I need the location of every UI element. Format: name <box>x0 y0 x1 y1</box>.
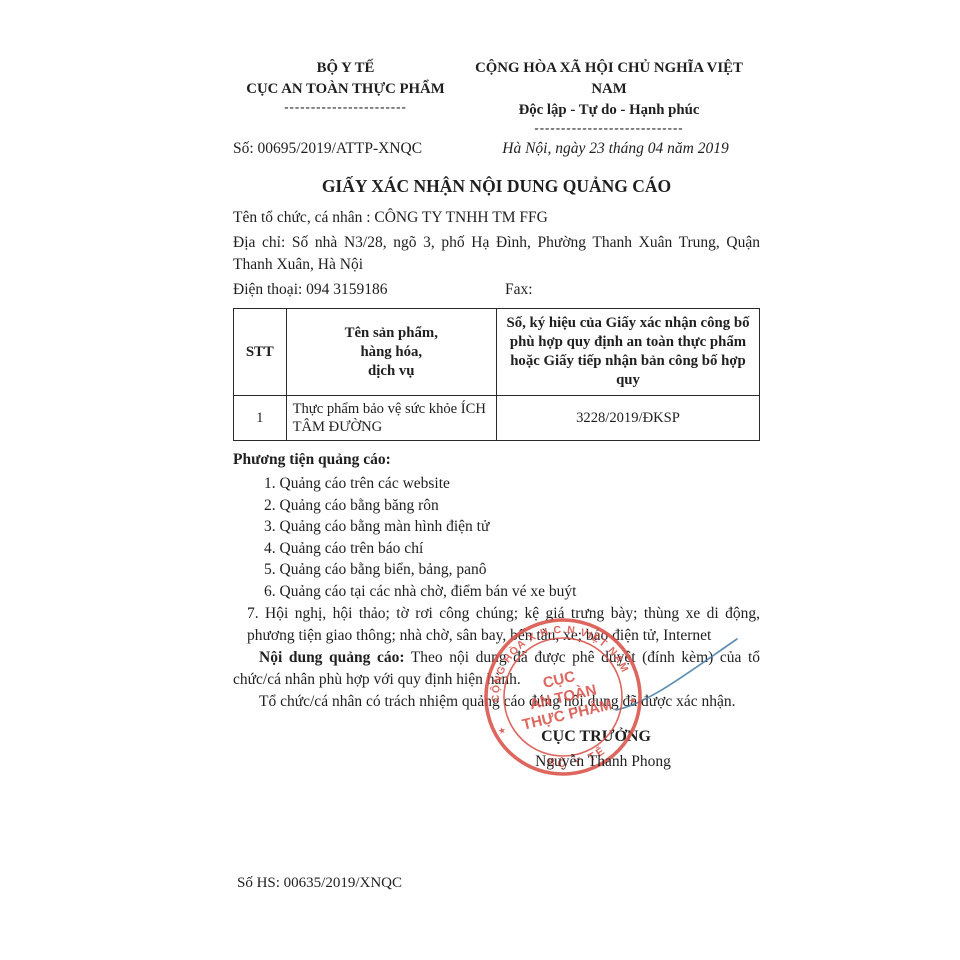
list-item: 5. Quảng cáo bằng biển, bảng, panô <box>264 559 760 581</box>
list-item: 2. Quảng cáo bằng băng rôn <box>264 495 760 517</box>
national-motto-block: CỘNG HÒA XÃ HỘI CHỦ NGHĨA VIỆT NAM Độc l… <box>458 58 760 135</box>
product-table: STT Tên sản phẩm, hàng hóa, dịch vụ Số, … <box>233 308 760 441</box>
star-icon: ★ <box>497 725 507 737</box>
table-row: 1 Thực phẩm bảo vệ sức khỏe ÍCH TÂM ĐƯỜN… <box>234 396 760 441</box>
address-line: Địa chỉ: Số nhà N3/28, ngõ 3, phố Hạ Đìn… <box>233 232 760 276</box>
col-header-cert: Số, ký hiệu của Giấy xác nhận công bố ph… <box>496 309 759 396</box>
ministry-name: BỘ Y TẾ <box>233 58 458 79</box>
media-list: 1. Quảng cáo trên các website 2. Quảng c… <box>233 473 760 603</box>
phone-fax-row: Điện thoại: 094 3159186 Fax: <box>233 279 760 301</box>
media-heading: Phương tiện quảng cáo: <box>233 449 760 471</box>
fax-label: Fax: <box>505 279 533 301</box>
cell-stt: 1 <box>234 396 287 441</box>
motto-line: Độc lập - Tự do - Hạnh phúc <box>458 100 760 121</box>
signer-name: Nguyễn Thanh Phong <box>488 751 718 773</box>
number-date-row: Số: 00695/2019/ATTP-XNQC Hà Nội, ngày 23… <box>233 138 760 160</box>
phone-label: Điện thoại: 094 3159186 <box>233 279 505 301</box>
document-number: Số: 00695/2019/ATTP-XNQC <box>233 138 471 160</box>
separator-dashes-right: ---------------------------- <box>458 121 760 135</box>
table-header-row: STT Tên sản phẩm, hàng hóa, dịch vụ Số, … <box>234 309 760 396</box>
cell-cert: 3228/2019/ĐKSP <box>496 396 759 441</box>
cell-product: Thực phẩm bảo vệ sức khỏe ÍCH TÂM ĐƯỜNG <box>286 396 496 441</box>
file-reference-number: Số HS: 00635/2019/XNQC <box>237 872 402 894</box>
star-icon: ★ <box>627 695 637 707</box>
place-date-line: Hà Nội, ngày 23 tháng 04 năm 2019 <box>471 138 760 160</box>
issuing-agency-block: BỘ Y TẾ CỤC AN TOÀN THỰC PHẨM ----------… <box>233 58 458 135</box>
list-item: 4. Quảng cáo trên báo chí <box>264 538 760 560</box>
content-label: Nội dung quảng cáo: <box>259 649 405 666</box>
organization-line: Tên tổ chức, cá nhân : CÔNG TY TNHH TM F… <box>233 207 760 229</box>
document-page: BỘ Y TẾ CỤC AN TOÀN THỰC PHẨM ----------… <box>0 0 960 960</box>
country-name: CỘNG HÒA XÃ HỘI CHỦ NGHĨA VIỆT NAM <box>458 58 760 100</box>
department-name: CỤC AN TOÀN THỰC PHẨM <box>233 79 458 100</box>
col-header-product: Tên sản phẩm, hàng hóa, dịch vụ <box>286 309 496 396</box>
col-header-stt: STT <box>234 309 287 396</box>
letterhead: BỘ Y TẾ CỤC AN TOÀN THỰC PHẨM ----------… <box>233 58 760 135</box>
document-title: GIẤY XÁC NHẬN NỘI DUNG QUẢNG CÁO <box>233 174 760 198</box>
separator-dashes-left: ----------------------- <box>233 100 458 114</box>
document-body: BỘ Y TẾ CỤC AN TOÀN THỰC PHẨM ----------… <box>233 0 760 748</box>
list-item: 1. Quảng cáo trên các website <box>264 473 760 495</box>
list-item: 3. Quảng cáo bằng màn hình điện tử <box>264 516 760 538</box>
